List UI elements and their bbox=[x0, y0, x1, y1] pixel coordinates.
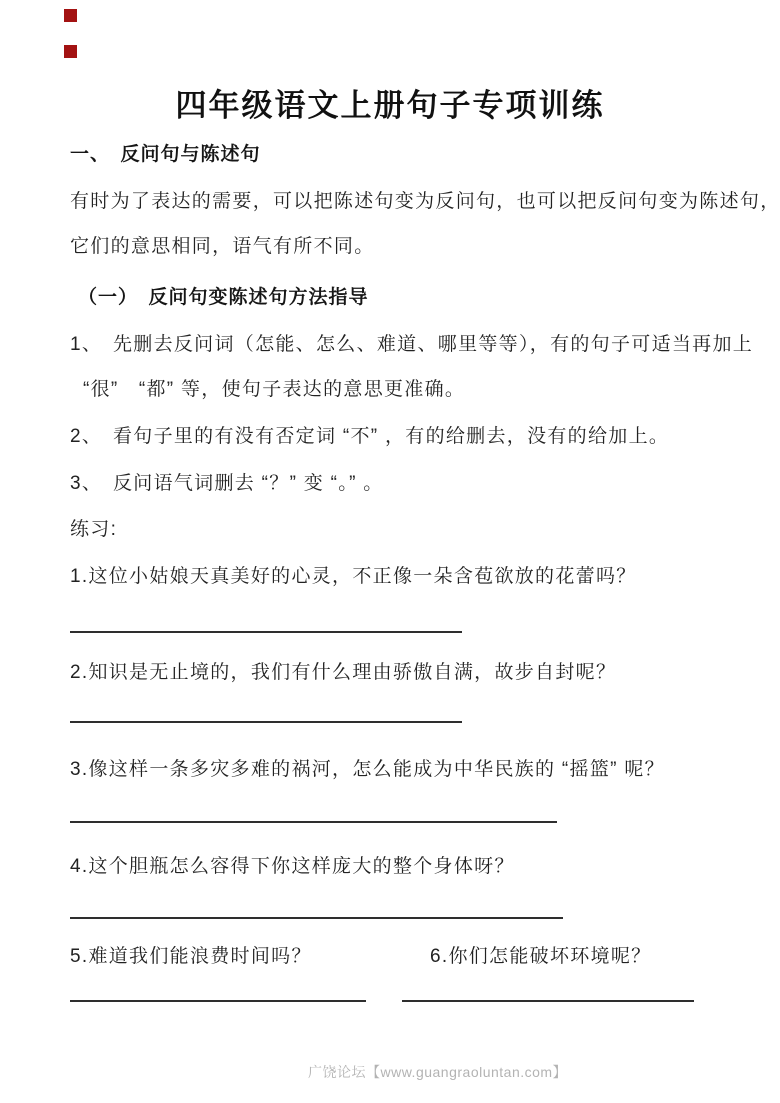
practice-label: 练习: bbox=[70, 514, 117, 541]
method-step: 3、 反问语气词删去 “？” 变 “。” 。 bbox=[70, 468, 384, 495]
answer-line bbox=[402, 1000, 694, 1002]
method-step: “很” “都” 等，使句子表达的意思更准确。 bbox=[83, 374, 465, 401]
intro-line: 有时为了表达的需要，可以把陈述句变为反问句，也可以把反问句变为陈述句， bbox=[70, 186, 780, 213]
exercise-item: 1.这位小姑娘天真美好的心灵，不正像一朵含苞欲放的花蕾吗？ bbox=[70, 561, 637, 588]
answer-line bbox=[70, 917, 563, 919]
answer-line bbox=[70, 631, 462, 633]
red-marker-icon bbox=[64, 45, 77, 58]
method-step: 2、 看句子里的有没有否定词 “不” ，有的给删去，没有的给加上。 bbox=[70, 421, 669, 448]
exercise-item: 3.像这样一条多灾多难的祸河，怎么能成为中华民族的 “摇篮” 呢？ bbox=[70, 754, 665, 781]
exercise-item: 5.难道我们能浪费时间吗？ bbox=[70, 941, 312, 968]
answer-line bbox=[70, 721, 462, 723]
footer-credit: 广饶论坛【www.guangraoluntan.com】 bbox=[308, 1062, 567, 1082]
section-heading: 一、 反问句与陈述句 bbox=[70, 139, 261, 166]
exercise-item: 4.这个胆瓶怎么容得下你这样庞大的整个身体呀？ bbox=[70, 851, 515, 878]
method-step: 1、 先删去反问词（怎能、怎么、难道、哪里等等），有的句子可适当再加上 bbox=[70, 329, 753, 356]
exercise-item: 2.知识是无止境的，我们有什么理由骄傲自满，故步自封呢？ bbox=[70, 657, 616, 684]
answer-line bbox=[70, 1000, 366, 1002]
worksheet-page: 四年级语文上册句子专项训练 一、 反问句与陈述句 有时为了表达的需要，可以把陈述… bbox=[0, 0, 780, 1103]
red-marker-icon bbox=[64, 9, 77, 22]
exercise-item: 6.你们怎能破坏环境呢？ bbox=[430, 941, 651, 968]
answer-line bbox=[70, 821, 557, 823]
intro-line: 它们的意思相同，语气有所不同。 bbox=[70, 231, 375, 258]
sub-heading: （一） 反问句变陈述句方法指导 bbox=[78, 282, 369, 309]
page-title: 四年级语文上册句子专项训练 bbox=[0, 80, 780, 125]
